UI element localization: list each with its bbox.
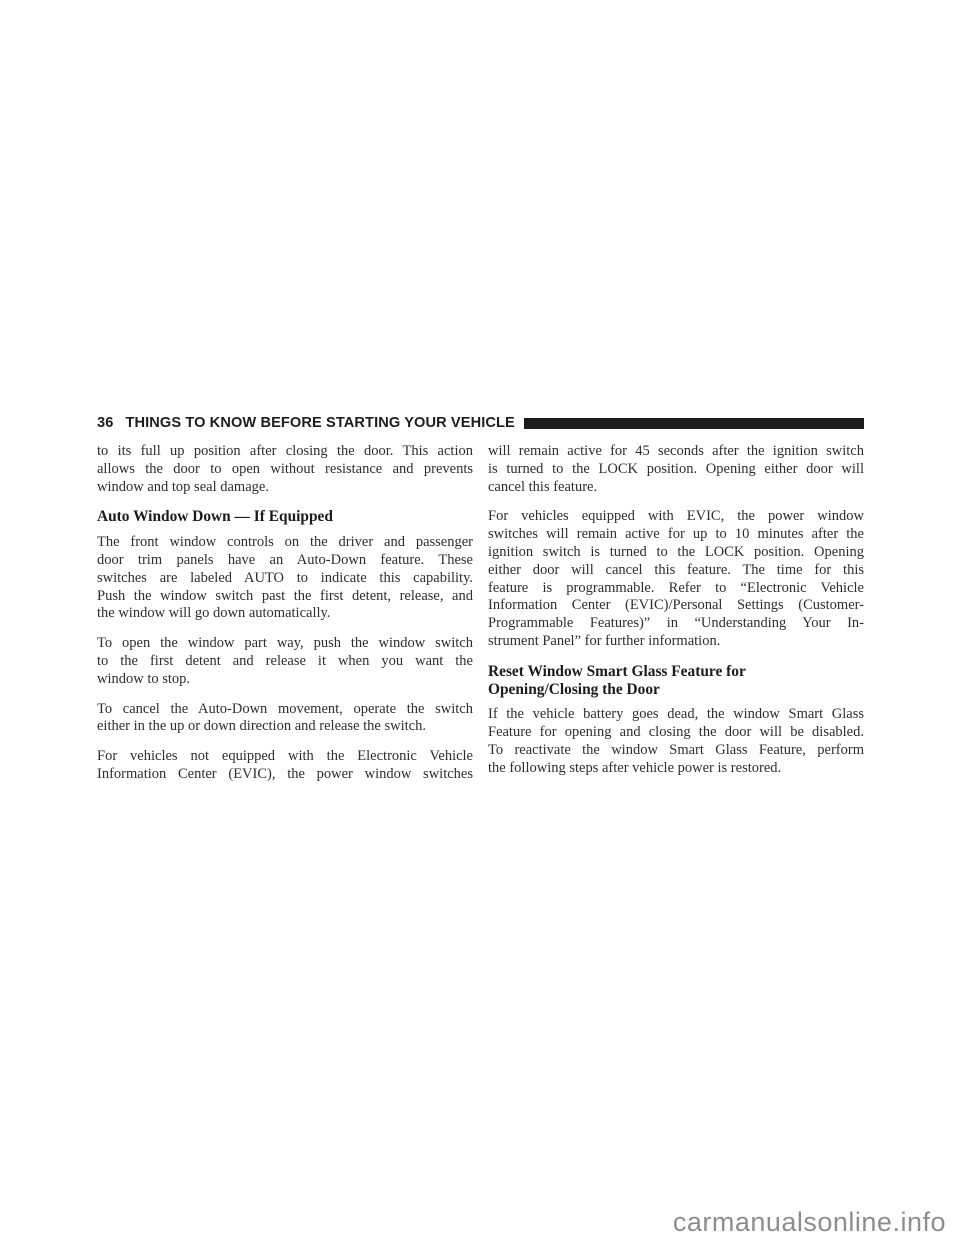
text-line: window to stop.: [97, 671, 473, 689]
right-column: will remain active for 45 seconds after …: [488, 443, 864, 796]
paragraph: If the vehicle battery goes dead, the wi…: [488, 706, 864, 777]
text-line: For vehicles equipped with EVIC, the pow…: [488, 508, 864, 526]
text-line: either in the up or down direction and r…: [97, 718, 473, 736]
watermark-text: carmanualsonline.info: [673, 1207, 946, 1238]
text-line: To reactivate the window Smart Glass Fea…: [488, 742, 864, 760]
text-columns: to its full up position after closing th…: [97, 443, 864, 796]
text-line: Push the window switch past the first de…: [97, 588, 473, 606]
paragraph: For vehicles not equipped with the Elect…: [97, 748, 473, 784]
text-line: Programmable Features)” in “Understandin…: [488, 615, 864, 633]
text-line: either door will cancel this feature. Th…: [488, 562, 864, 580]
text-line: cancel this feature.: [488, 479, 864, 497]
text-line: If the vehicle battery goes dead, the wi…: [488, 706, 864, 724]
text-line: window and top seal damage.: [97, 479, 473, 497]
paragraph: For vehicles equipped with EVIC, the pow…: [488, 508, 864, 650]
header-rule-bar: [524, 418, 864, 429]
page-header: 36 THINGS TO KNOW BEFORE STARTING YOUR V…: [97, 415, 864, 431]
text-line: will remain active for 45 seconds after …: [488, 443, 864, 461]
heading-line: Reset Window Smart Glass Feature for: [488, 663, 864, 681]
paragraph: to its full up position after closing th…: [97, 443, 473, 496]
text-line: ignition switch is turned to the LOCK po…: [488, 544, 864, 562]
text-line: feature is programmable. Refer to “Elect…: [488, 580, 864, 598]
text-line: To cancel the Auto-Down movement, operat…: [97, 701, 473, 719]
text-line: To open the window part way, push the wi…: [97, 635, 473, 653]
text-line: For vehicles not equipped with the Elect…: [97, 748, 473, 766]
text-line: Feature for opening and closing the door…: [488, 724, 864, 742]
section-heading-reset-window-smart-glass: Reset Window Smart Glass Feature for Ope…: [488, 663, 864, 699]
page-title: THINGS TO KNOW BEFORE STARTING YOUR VEHI…: [125, 415, 514, 431]
text-line: to the first detent and release it when …: [97, 653, 473, 671]
text-line: switches are labeled AUTO to indicate th…: [97, 570, 473, 588]
heading-line: Opening/Closing the Door: [488, 681, 864, 699]
text-line: to its full up position after closing th…: [97, 443, 473, 461]
section-heading-auto-window-down: Auto Window Down — If Equipped: [97, 508, 473, 526]
text-line: strument Panel” for further information.: [488, 633, 864, 651]
page-number: 36: [97, 415, 113, 431]
text-line: door trim panels have an Auto-Down featu…: [97, 552, 473, 570]
text-line: Information Center (EVIC), the power win…: [97, 766, 473, 784]
text-line: Information Center (EVIC)/Personal Setti…: [488, 597, 864, 615]
text-line: switches will remain active for up to 10…: [488, 526, 864, 544]
paragraph: To cancel the Auto-Down movement, operat…: [97, 701, 473, 737]
text-line: the window will go down automatically.: [97, 605, 473, 623]
text-line: The front window controls on the driver …: [97, 534, 473, 552]
left-column: to its full up position after closing th…: [97, 443, 473, 796]
paragraph: will remain active for 45 seconds after …: [488, 443, 864, 496]
text-line: allows the door to open without resistan…: [97, 461, 473, 479]
text-line: the following steps after vehicle power …: [488, 760, 864, 778]
paragraph: To open the window part way, push the wi…: [97, 635, 473, 688]
paragraph: The front window controls on the driver …: [97, 534, 473, 623]
text-line: is turned to the LOCK position. Opening …: [488, 461, 864, 479]
